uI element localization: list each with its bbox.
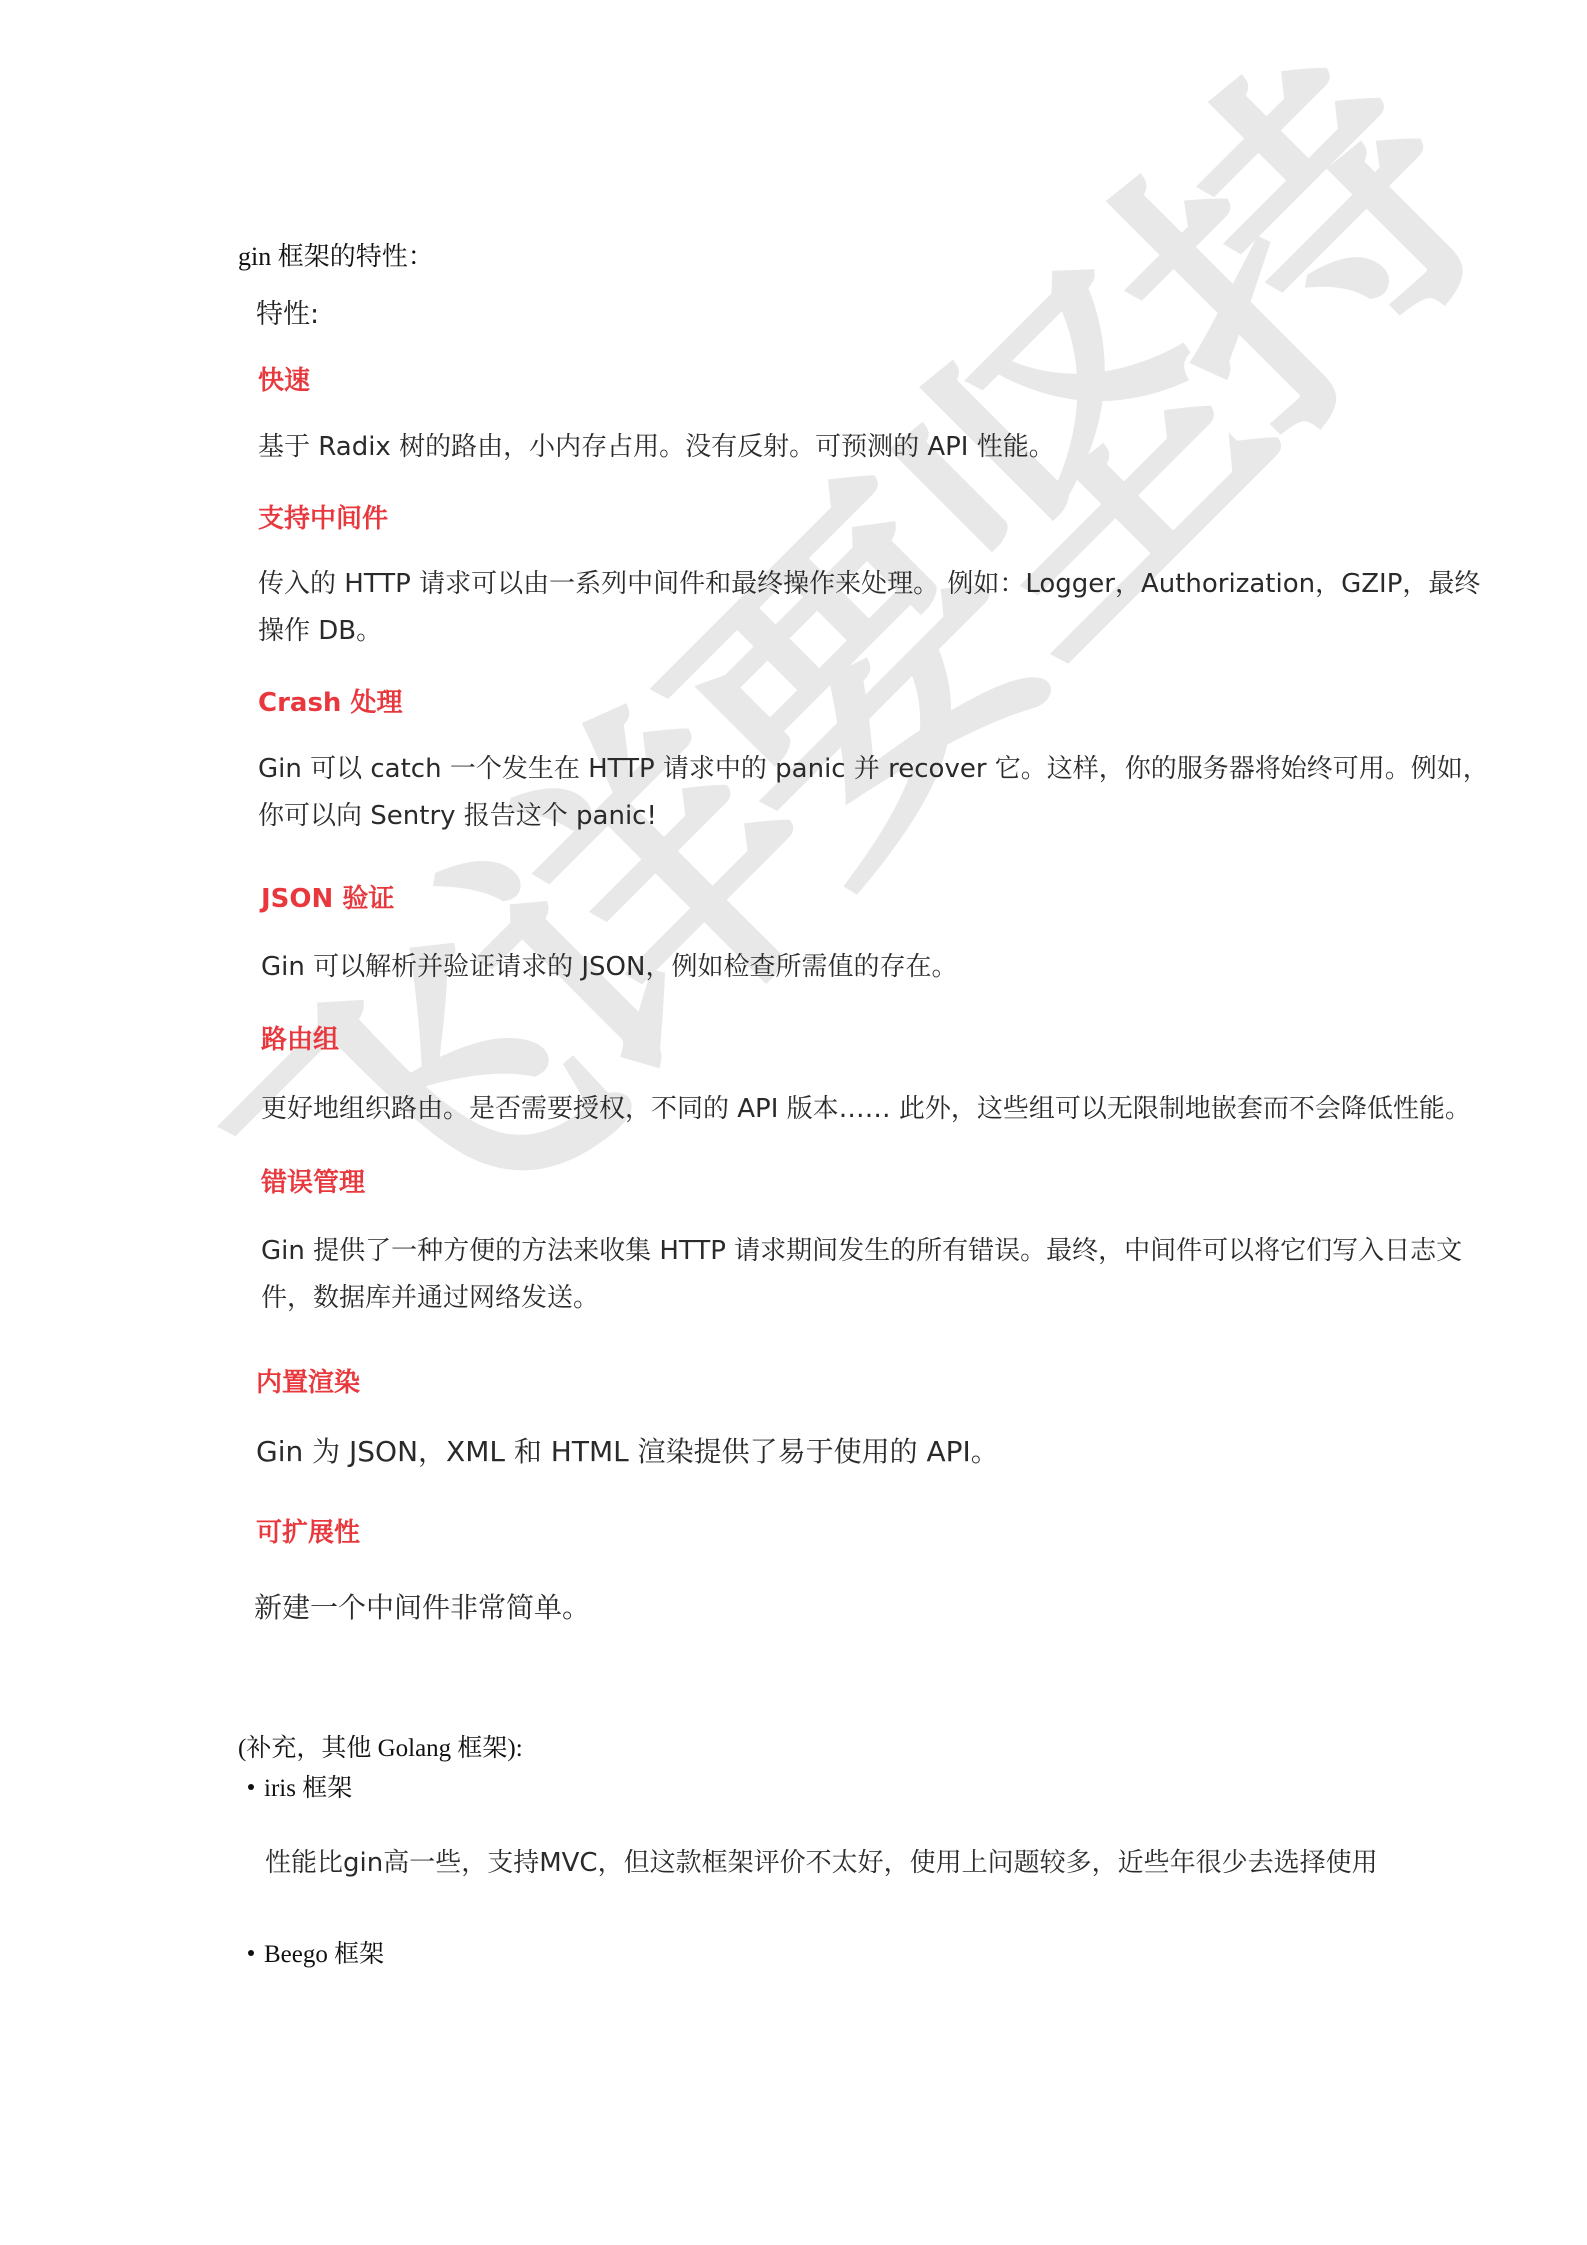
feature-heading-json: JSON 验证 — [261, 878, 394, 915]
feature-body-line: 新建一个中间件非常简单。 — [254, 1584, 1554, 1631]
feature-heading-fast: 快速 — [258, 360, 310, 397]
feature-body-line: Gin 提供了一种方便的方法来收集 HTTP 请求期间发生的所有错误。最终，中间… — [261, 1228, 1581, 1275]
feature-heading-crash: Crash 处理 — [258, 682, 403, 719]
bullet-icon — [248, 1950, 254, 1956]
page-title: gin 框架的特性： — [238, 236, 434, 273]
feature-body-line: Gin 为 JSON，XML 和 HTML 渲染提供了易于使用的 API。 — [256, 1428, 1556, 1475]
feature-body-crash: Gin 可以 catch 一个发生在 HTTP 请求中的 panic 并 rec… — [258, 746, 1558, 840]
feature-body-error: Gin 提供了一种方便的方法来收集 HTTP 请求期间发生的所有错误。最终，中间… — [261, 1228, 1581, 1322]
feature-body-line: 传入的 HTTP 请求可以由一系列中间件和最终操作来处理。 例如：Logger，… — [258, 561, 1558, 608]
list-item-label: Beego 框架 — [264, 1941, 384, 1968]
feature-heading-render: 内置渲染 — [256, 1362, 360, 1399]
list-item-label: iris 框架 — [264, 1775, 352, 1802]
feature-body-line: 基于 Radix 树的路由，小内存占用。没有反射。可预测的 API 性能。 — [258, 424, 1558, 471]
feature-body-json: Gin 可以解析并验证请求的 JSON，例如检查所需值的存在。 — [261, 944, 1561, 991]
feature-body-line: 件，数据库并通过网络发送。 — [261, 1275, 1581, 1322]
list-item-iris: iris 框架 — [248, 1768, 352, 1804]
feature-body-line: 更好地组织路由。是否需要授权，不同的 API 版本…… 此外，这些组可以无限制地… — [261, 1086, 1581, 1133]
section-subtitle: 特性: — [256, 292, 319, 331]
feature-body-line: 你可以向 Sentry 报告这个 panic! — [258, 793, 1558, 840]
feature-body-line: Gin 可以 catch 一个发生在 HTTP 请求中的 panic 并 rec… — [258, 746, 1558, 793]
feature-body-line: 操作 DB。 — [258, 608, 1558, 655]
feature-body-render: Gin 为 JSON，XML 和 HTML 渲染提供了易于使用的 API。 — [256, 1428, 1556, 1475]
feature-heading-extensible: 可扩展性 — [256, 1512, 360, 1549]
feature-heading-middleware: 支持中间件 — [258, 498, 388, 535]
bullet-icon — [248, 1784, 254, 1790]
feature-body-middleware: 传入的 HTTP 请求可以由一系列中间件和最终操作来处理。 例如：Logger，… — [258, 561, 1558, 655]
iris-description: 性能比gin高一些，支持MVC，但这款框架评价不太好，使用上问题较多，近些年很少… — [265, 1842, 1378, 1879]
feature-body-line: Gin 可以解析并验证请求的 JSON，例如检查所需值的存在。 — [261, 944, 1561, 991]
supplement-label: (补充，其他 Golang 框架): — [238, 1728, 523, 1764]
list-item-beego: Beego 框架 — [248, 1934, 384, 1970]
feature-heading-error: 错误管理 — [261, 1162, 365, 1199]
feature-body-route-group: 更好地组织路由。是否需要授权，不同的 API 版本…… 此外，这些组可以无限制地… — [261, 1086, 1581, 1133]
feature-body-extensible: 新建一个中间件非常简单。 — [254, 1584, 1554, 1631]
feature-heading-route-group: 路由组 — [261, 1019, 339, 1056]
feature-body-fast: 基于 Radix 树的路由，小内存占用。没有反射。可预测的 API 性能。 — [258, 424, 1558, 471]
